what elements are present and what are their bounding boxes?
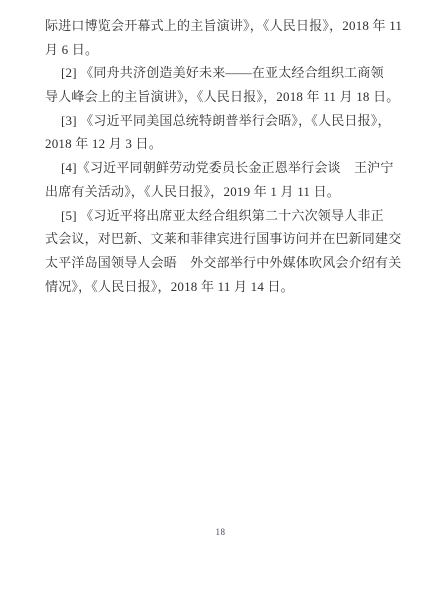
reference-line: [4]《习近平同朝鲜劳动党委员长金正恩举行会谈 王沪宁 (45, 156, 381, 180)
text-line: 际进口博览会开幕式上的主旨演讲》，《人民日报》，2018 年 11 (45, 14, 381, 38)
reference-list: 际进口博览会开幕式上的主旨演讲》，《人民日报》，2018 年 11 月 6 日。… (45, 14, 381, 298)
text-line: 情况》，《人民日报》，2018 年 11 月 14 日。 (45, 275, 381, 299)
text-line: 2018 年 12 月 3 日。 (45, 132, 381, 156)
reference-line: [5] 《习近平将出席亚太经合组织第二十六次领导人非正 (45, 204, 381, 228)
text-line: 太平洋岛国领导人会晤 外交部举行中外媒体吹风会介绍有关 (45, 251, 381, 275)
reference-line: [3] 《习近平同美国总统特朗普举行会晤》，《人民日报》， (45, 109, 381, 133)
text-line: 出席有关活动》，《人民日报》，2019 年 1 月 11 日。 (45, 180, 381, 204)
text-line: 导人峰会上的主旨演讲》，《人民日报》，2018 年 11 月 18 日。 (45, 85, 381, 109)
page-number: 18 (0, 527, 441, 537)
text-line: 月 6 日。 (45, 38, 381, 62)
document-page: 际进口博览会开幕式上的主旨演讲》，《人民日报》，2018 年 11 月 6 日。… (0, 0, 441, 601)
text-line: 式会议，对巴新、文莱和菲律宾进行国事访问并在巴新同建交 (45, 227, 381, 251)
reference-line: [2] 《同舟共济创造美好未来——在亚太经合组织工商领 (45, 61, 381, 85)
